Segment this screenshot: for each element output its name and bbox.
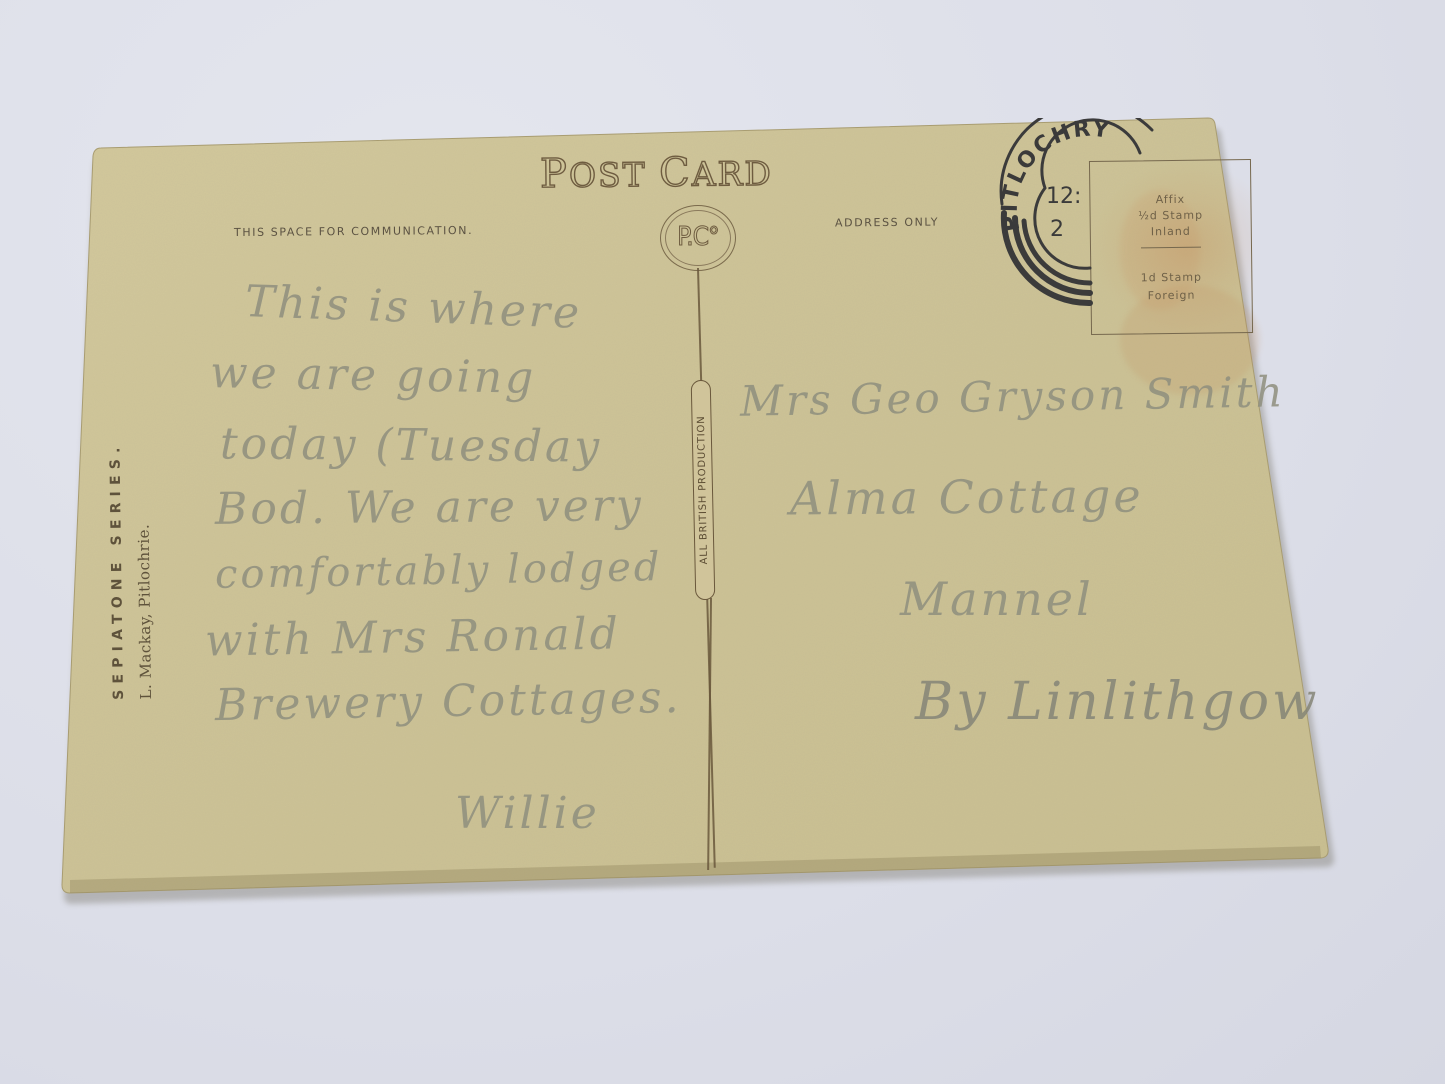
publisher-imprint: SEPIATONE SERIES. L. Mackay, Pitlochrie.	[104, 441, 155, 700]
message-line: Brewery Cottages.	[215, 672, 682, 731]
address-label: ADDRESS ONLY	[835, 216, 939, 230]
message-line: comfortably lodged	[215, 544, 663, 598]
message-line: with Mrs Ronald	[205, 608, 622, 666]
heading-letter: C	[659, 150, 692, 196]
address-line: Mannel	[900, 572, 1094, 626]
heading-letter: P	[540, 151, 569, 197]
message-line: Bod. We are very	[215, 480, 644, 535]
message-signature: Willie	[455, 788, 600, 839]
publisher-name: L. Mackay, Pitlochrie.	[133, 441, 155, 700]
address-line: By Linlithgow	[915, 672, 1320, 732]
address-line: Mrs Geo Gryson Smith	[740, 367, 1286, 426]
pc-logo-icon: P.C°	[660, 205, 736, 271]
pc-logo-text: P.C°	[661, 222, 735, 252]
stamp-instruction: 1d Stamp	[1091, 270, 1251, 285]
stamp-box-rule	[1141, 247, 1201, 249]
message-line: we are going	[210, 347, 537, 404]
stamp-instruction: Affix	[1090, 192, 1250, 207]
message-line: today (Tuesday	[220, 418, 603, 472]
stamp-instruction: Foreign	[1092, 288, 1252, 303]
heading-text: OST	[569, 155, 660, 195]
heading-text: ARD	[692, 154, 774, 194]
stamp-box: Affix ½d Stamp Inland 1d Stamp Foreign	[1089, 159, 1253, 335]
publisher-series: SEPIATONE SERIES.	[107, 441, 127, 700]
badge-text: ALL BRITISH PRODUCTION	[696, 415, 710, 564]
stamp-instruction: Inland	[1091, 224, 1251, 239]
communication-label: THIS SPACE FOR COMMUNICATION.	[234, 224, 473, 239]
stamp-instruction: ½d Stamp	[1091, 208, 1251, 223]
address-line: Alma Cottage	[790, 468, 1144, 525]
post-card-heading: POST CARD	[540, 149, 773, 197]
